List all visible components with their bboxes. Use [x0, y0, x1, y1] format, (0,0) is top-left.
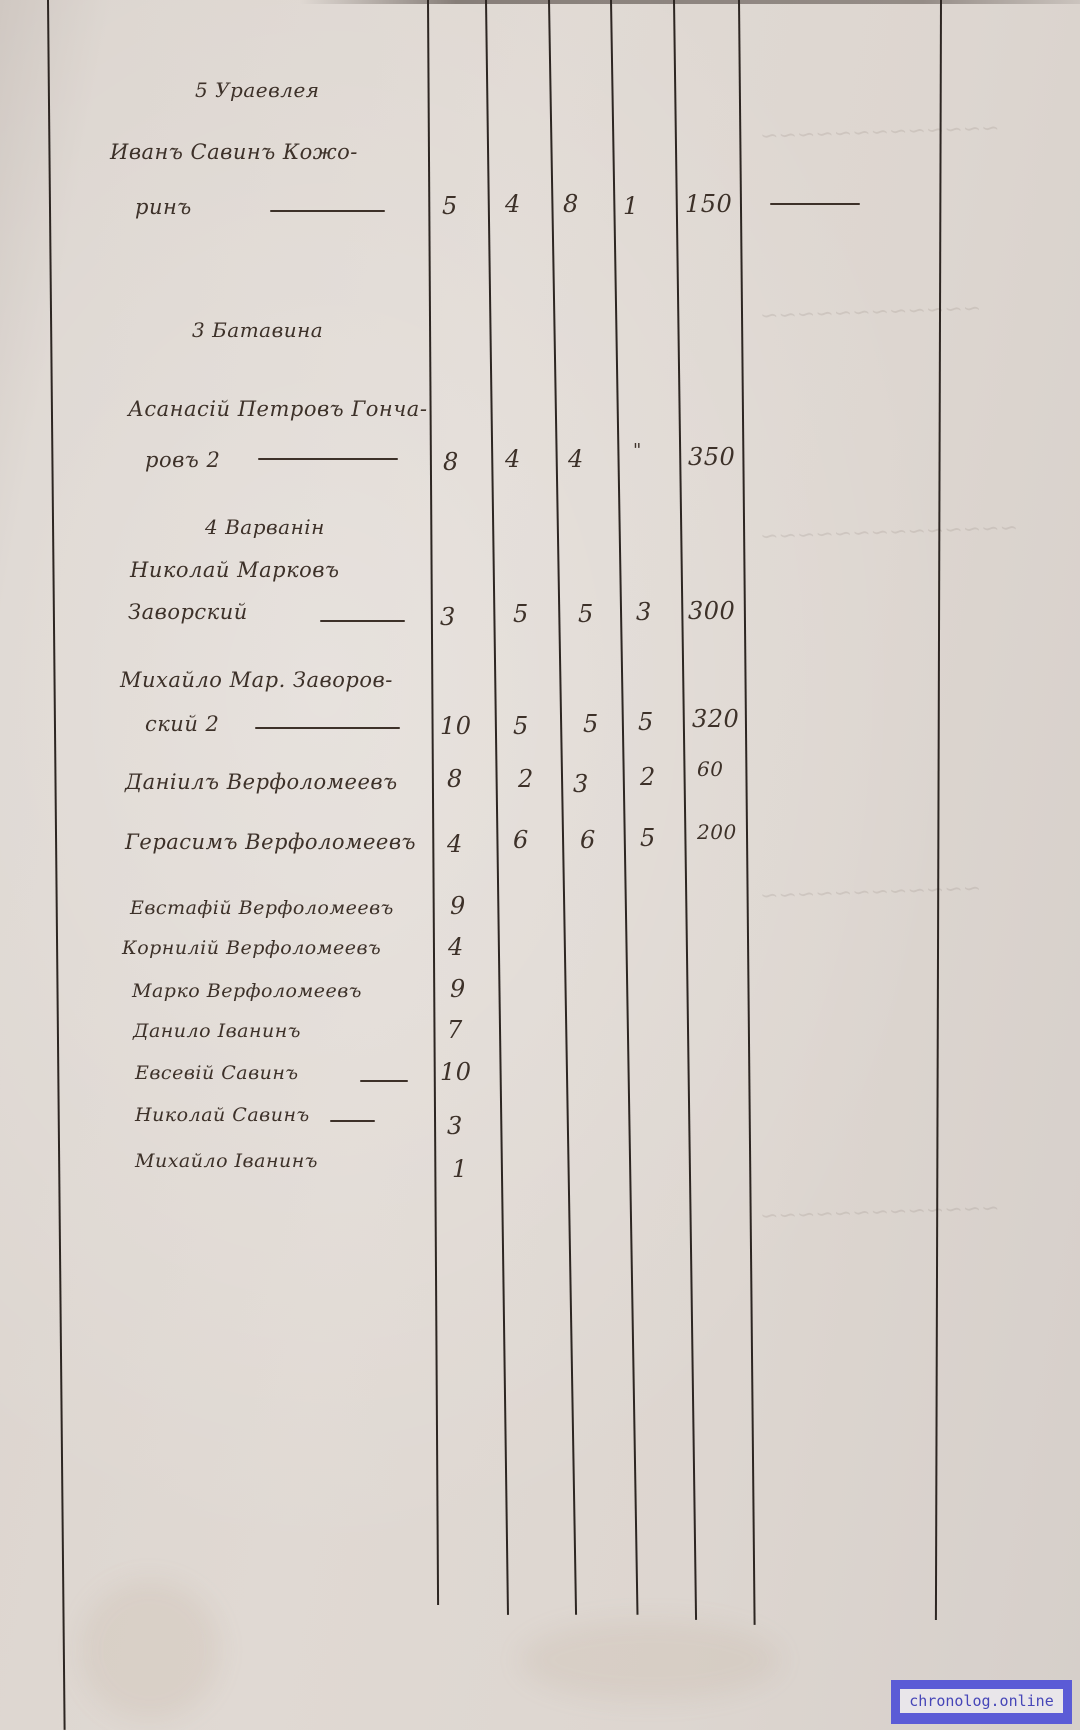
value-cell: 5 — [583, 710, 599, 738]
value-cell: 4 — [505, 190, 521, 218]
entry-name-line: ринъ — [135, 195, 192, 219]
paper-stain — [520, 1620, 780, 1700]
value-cell: 8 — [563, 190, 579, 218]
value-cell: 8 — [443, 448, 459, 476]
value-cell: 4 — [568, 445, 584, 473]
value-cell: 150 — [685, 190, 732, 218]
entry-name-line: Герасимъ Верфоломеевъ — [125, 830, 416, 854]
value-cell: 5 — [442, 192, 458, 220]
paper-stain — [80, 1580, 220, 1720]
column-rule — [673, 0, 697, 1620]
section-heading: 4 Варванін — [205, 515, 325, 539]
value-cell: 10 — [440, 712, 472, 740]
person-name: Данило Іванинъ — [133, 1020, 301, 1042]
value-cell: 6 — [580, 826, 596, 854]
value-cell: 4 — [447, 830, 463, 858]
entry-name-line: ровъ 2 — [145, 448, 220, 472]
column-rule — [427, 0, 439, 1605]
fill-dash — [255, 727, 400, 729]
person-value: 9 — [450, 892, 466, 920]
entry-name-line: Заворский — [128, 600, 248, 624]
entry-name-line: Даніилъ Верфоломеевъ — [125, 770, 398, 794]
watermark-badge: chronolog.online — [891, 1680, 1072, 1724]
margin-rule — [47, 0, 65, 1730]
value-cell: 60 — [697, 757, 723, 781]
page-top-edge — [300, 0, 1080, 4]
bleed-through-text: ~~~~~~~~~~~~ — [760, 876, 982, 909]
value-cell: 5 — [513, 600, 529, 628]
value-cell: 3 — [636, 598, 652, 626]
person-name: Николай Савинъ — [135, 1104, 310, 1126]
fill-dash — [320, 620, 405, 622]
person-name: Евстафій Верфоломеевъ — [130, 897, 394, 919]
person-value: 9 — [450, 975, 466, 1003]
value-cell: " — [633, 440, 642, 461]
value-cell: 1 — [623, 192, 639, 220]
column-rule — [485, 0, 509, 1615]
person-name: Михайло Іванинъ — [135, 1150, 318, 1172]
bleed-through-text: ~~~~~~~~~~~~~ — [760, 116, 1000, 149]
value-cell: 2 — [640, 763, 656, 791]
remark-dash — [770, 203, 860, 205]
section-heading: 5 Ураевлея — [195, 78, 320, 102]
value-cell: 4 — [505, 445, 521, 473]
document-page: ~~~~~~~~~~~~~ ~~~~~~~~~~~~ ~~~~~~~~~~~~~… — [0, 0, 1080, 1730]
entry-name-line: Асанасій Петровъ Гонча- — [128, 397, 427, 421]
fill-dash — [270, 210, 385, 212]
person-value: 7 — [447, 1016, 463, 1044]
person-value: 3 — [447, 1112, 463, 1140]
fill-dash — [330, 1120, 375, 1122]
entry-name-line: ский 2 — [145, 712, 219, 736]
person-value: 10 — [440, 1058, 472, 1086]
value-cell: 5 — [513, 712, 529, 740]
value-cell: 5 — [578, 600, 594, 628]
bleed-through-text: ~~~~~~~~~~~~~ — [760, 1196, 1000, 1229]
value-cell: 6 — [513, 826, 529, 854]
fill-dash — [360, 1080, 408, 1082]
value-cell: 5 — [640, 824, 656, 852]
section-heading: 3 Батавина — [192, 318, 323, 342]
value-cell: 5 — [638, 708, 654, 736]
column-rule — [548, 0, 577, 1615]
person-value: 4 — [448, 933, 464, 961]
watermark-text: chronolog.online — [900, 1689, 1063, 1713]
entry-name-line: Николай Марковъ — [130, 558, 339, 582]
bleed-through-text: ~~~~~~~~~~~~~~ — [760, 516, 1019, 550]
person-name: Марко Верфоломеевъ — [132, 980, 362, 1002]
person-name: Корнилій Верфоломеевъ — [122, 937, 381, 959]
person-value: 1 — [452, 1155, 468, 1183]
bleed-through-text: ~~~~~~~~~~~~ — [760, 296, 982, 329]
column-rule — [935, 0, 942, 1620]
value-cell: 320 — [692, 705, 739, 733]
entry-name-line: Михайло Мар. Заворов- — [120, 668, 393, 692]
value-cell: 8 — [447, 765, 463, 793]
value-cell: 3 — [440, 603, 456, 631]
entry-name-line: Иванъ Савинъ Кожо- — [110, 140, 358, 164]
value-cell: 3 — [573, 770, 589, 798]
column-rule — [738, 0, 755, 1625]
value-cell: 300 — [688, 597, 735, 625]
fill-dash — [258, 458, 398, 460]
value-cell: 350 — [688, 443, 735, 471]
person-name: Евсевій Савинъ — [135, 1062, 299, 1084]
value-cell: 2 — [518, 765, 534, 793]
value-cell: 200 — [697, 820, 737, 844]
column-rule — [610, 0, 638, 1615]
